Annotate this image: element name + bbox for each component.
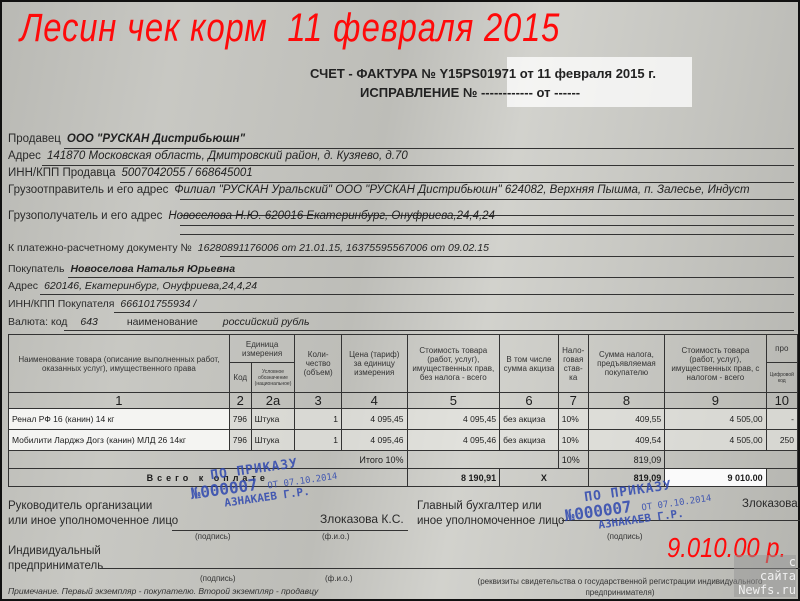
cell-rate: 10% <box>558 409 588 430</box>
buyer-address-field: Адрес620146, Екатеринбург, Онуфриева,24,… <box>8 280 257 292</box>
cell-col10: 250 <box>766 430 797 451</box>
cell-total: 4 505,00 <box>665 430 766 451</box>
cell-qty: 1 <box>295 430 342 451</box>
column-number: 1 <box>9 393 230 409</box>
header-unit-code: Код <box>229 363 251 393</box>
column-number: 5 <box>407 393 500 409</box>
header-unit-symbol: Условное обозначение (национальное) <box>251 363 295 393</box>
footnote: Примечание. Первый экземпляр - покупател… <box>8 586 318 596</box>
cell-name: Мобилити Ларджэ Догз (канин) МЛД 26 14кг <box>9 430 230 451</box>
header-cost-with-tax: Стоимость товара (работ, услуг), имущест… <box>665 335 766 393</box>
cell-name: Ренал РФ 16 (канин) 14 кг <box>9 409 230 430</box>
director-signature-hint: (подпись) <box>195 532 231 541</box>
buyer-address-label: Адрес <box>8 280 38 292</box>
cell-unit: Штука <box>251 409 295 430</box>
column-number: 9 <box>665 393 766 409</box>
payment-doc-label: К платежно-расчетному документу № <box>8 242 192 254</box>
header-col10: про <box>766 335 797 363</box>
entrepreneur-label-2: предприниматель <box>8 560 103 572</box>
consignee-field: Грузополучатель и его адресНовоселова Н.… <box>8 210 495 222</box>
cell-price: 4 095,45 <box>341 409 407 430</box>
invoice-date: от 11 февраля 2015 г. <box>520 66 656 81</box>
cell-total: 4 505,00 <box>665 409 766 430</box>
seller-address-label: Адрес <box>8 150 41 162</box>
header-unit: Единица измерения <box>229 335 295 363</box>
buyer-inn-value: 666101755934 / <box>120 298 196 310</box>
header-tax-sum: Сумма налога, предъявляемая покупателю <box>588 335 665 393</box>
shipper-value: Филиал "РУСКАН Уральский" ООО "РУСКАН Ди… <box>174 184 749 196</box>
invoice-title: СЧЕТ - ФАКТУРА № Y15PS01971 от 11 феврал… <box>310 66 656 81</box>
header-qty: Коли-чество (объем) <box>295 335 342 393</box>
cell-excise: без акциза <box>500 409 559 430</box>
cell-qty: 1 <box>295 409 342 430</box>
payment-doc-value: 16280891176006 от 21.01.15, 163755955670… <box>198 242 489 254</box>
header-excise: В том числе сумма акциза <box>500 335 559 393</box>
shipper-label: Грузоотправитель и его адрес <box>8 184 168 196</box>
entrepreneur-fio-hint: (ф.и.о.) <box>325 574 353 583</box>
column-number: 8 <box>588 393 665 409</box>
accountant-label-2: иное уполномоченное лицо <box>417 515 564 527</box>
invoice-number: СЧЕТ - ФАКТУРА № Y15PS01971 <box>310 66 516 81</box>
cell-price: 4 095,46 <box>341 430 407 451</box>
consignee-value: Новоселова Н.Ю. 620016 Екатеринбург, Ону… <box>168 210 495 222</box>
column-number: 6 <box>500 393 559 409</box>
subtotal-tax: 819,09 <box>588 451 665 469</box>
cell-cost: 4 095,46 <box>407 430 500 451</box>
header-col10-sub: Цифровой код <box>766 363 797 393</box>
consignee-label: Грузополучатель и его адрес <box>8 210 162 222</box>
currency-name-value: российский рубль <box>223 316 310 328</box>
buyer-inn-field: ИНН/КПП Покупателя666101755934 / <box>8 298 196 310</box>
header-price: Цена (тариф) за единицу измерения <box>341 335 407 393</box>
column-number: 7 <box>558 393 588 409</box>
cell-excise: без акциза <box>500 430 559 451</box>
cell-col10: - <box>766 409 797 430</box>
buyer-address-value: 620146, Екатеринбург, Онуфриева,24,4,24 <box>44 280 257 292</box>
correction-line: ИСПРАВЛЕНИЕ № ------------ от ------ <box>360 85 580 100</box>
invoice-photo: Лесин чек корм 11 февраля 2015 СЧЕТ - ФА… <box>0 0 800 601</box>
seller-inn-value: 5007042055 / 668645001 <box>122 167 253 179</box>
currency-code-value: 643 <box>80 316 98 328</box>
director-label-1: Руководитель организации <box>8 500 152 512</box>
header-tax-rate: Нало-говая став-ка <box>558 335 588 393</box>
table-row: Ренал РФ 16 (канин) 14 кг796Штука14 095,… <box>9 409 798 430</box>
watermark: с сайта Newfs.ru <box>734 555 796 597</box>
table-row: Мобилити Ларджэ Догз (канин) МЛД 26 14кг… <box>9 430 798 451</box>
cell-rate: 10% <box>558 430 588 451</box>
entrepreneur-signature-hint: (подпись) <box>200 574 236 583</box>
director-label-2: или иное уполномоченное лицо <box>8 515 178 527</box>
invoice-table: Наименование товара (описание выполненны… <box>8 334 798 487</box>
seller-value: ООО "РУСКАН Дистрибьюшн" <box>67 133 245 145</box>
payment-doc-field: К платежно-расчетному документу №1628089… <box>8 242 489 254</box>
seller-field: ПродавецООО "РУСКАН Дистрибьюшн" <box>8 133 245 145</box>
column-number: 3 <box>295 393 342 409</box>
column-number: 2а <box>251 393 295 409</box>
cell-cost: 4 095,45 <box>407 409 500 430</box>
director-name: Злоказова К.С. <box>320 512 404 526</box>
subtotal-rate: 10% <box>558 451 588 469</box>
photo-caption: Лесин чек корм 11 февраля 2015 <box>20 6 560 51</box>
currency-field: Валюта: код 643 наименование российский … <box>8 316 310 328</box>
header-name: Наименование товара (описание выполненны… <box>9 335 230 393</box>
subtotal-label: Итого 10% <box>9 451 408 469</box>
cell-unit: Штука <box>251 430 295 451</box>
column-number: 4 <box>341 393 407 409</box>
shipper-field: Грузоотправитель и его адресФилиал "РУСК… <box>8 184 750 196</box>
cell-tax: 409,54 <box>588 430 665 451</box>
header-cost-no-tax: Стоимость товара (работ, услуг), имущест… <box>407 335 500 393</box>
seller-inn-label: ИНН/КПП Продавца <box>8 167 116 179</box>
seller-address-value: 141870 Московская область, Дмитровский р… <box>47 150 408 162</box>
buyer-label: Покупатель <box>8 263 64 275</box>
accountant-signature-hint: (подпись) <box>607 532 643 541</box>
buyer-inn-label: ИНН/КПП Покупателя <box>8 298 114 310</box>
seller-label: Продавец <box>8 133 61 145</box>
grand-total-excise: X <box>500 469 589 487</box>
buyer-field: ПокупательНовоселова Наталья Юрьевна <box>8 263 235 275</box>
cell-code: 796 <box>229 430 251 451</box>
currency-name-label: наименование <box>127 316 198 328</box>
seller-address-field: Адрес141870 Московская область, Дмитровс… <box>8 150 408 162</box>
column-number: 10 <box>766 393 797 409</box>
currency-code-label: Валюта: код <box>8 316 67 328</box>
registration-hint: (реквизиты свидетельства о государственн… <box>460 576 780 598</box>
director-fio-hint: (ф.и.о.) <box>322 532 350 541</box>
buyer-value: Новоселова Наталья Юрьевна <box>70 263 235 275</box>
seller-inn-field: ИНН/КПП Продавца5007042055 / 668645001 <box>8 167 253 179</box>
cell-tax: 409,55 <box>588 409 665 430</box>
grand-total-cost: 8 190,91 <box>407 469 500 487</box>
accountant-name: Злоказова <box>742 498 798 510</box>
entrepreneur-label-1: Индивидуальный <box>8 545 101 557</box>
accountant-label-1: Главный бухгалтер или <box>417 500 542 512</box>
cell-code: 796 <box>229 409 251 430</box>
column-number: 2 <box>229 393 251 409</box>
